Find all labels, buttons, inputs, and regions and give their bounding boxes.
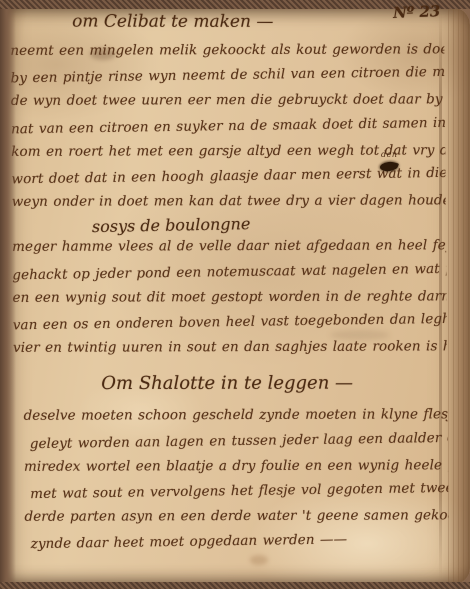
- manuscript-line: geleyt worden aan lagen en tussen jeder …: [30, 426, 448, 457]
- page-fore-edge: [448, 7, 470, 584]
- manuscript-line: vier en twintig uuren in sout en dan sag…: [13, 335, 447, 362]
- page-crease: [439, 10, 442, 581]
- recipe-title: Om Shalotte in te leggen —: [101, 373, 447, 395]
- manuscript-line: de wyn doet twee uuren eer men die gebru…: [11, 88, 445, 115]
- book-gutter-edge: [0, 0, 16, 589]
- recipe-section-shalotte: Om Shalotte in te leggen — deselve moete…: [13, 372, 449, 557]
- manuscript-line: deselve moeten schoon gescheld zynde moe…: [24, 403, 448, 430]
- blot-correction-note: den: [381, 150, 398, 159]
- manuscript-line: zynde daar heet moet opgedaan werden ——: [30, 526, 448, 557]
- manuscript-line: meger hamme vlees al de velle daar niet …: [12, 234, 446, 261]
- manuscript-text: om Celibat te maken — neemt een mingelen…: [10, 5, 449, 581]
- book-bottom-edge: [0, 582, 470, 589]
- recipe-section-boulongne: sosys de boulongne meger hamme vlees al …: [12, 213, 447, 363]
- manuscript-line: gehackt op jeder pond een notemuscaat wa…: [12, 257, 446, 289]
- manuscript-line: nat van een citroen en suyker na de smaa…: [11, 110, 445, 142]
- recipe-section-celibat: om Celibat te maken — neemt een mingelen…: [10, 10, 446, 216]
- manuscript-photo: Nº 23 om Celibat te maken — neemt een mi…: [0, 0, 470, 589]
- page-number: Nº 23: [392, 2, 440, 22]
- manuscript-line: miredex wortel een blaatje a dry foulie …: [24, 453, 448, 480]
- recipe-title: om Celibat te maken —: [72, 12, 444, 33]
